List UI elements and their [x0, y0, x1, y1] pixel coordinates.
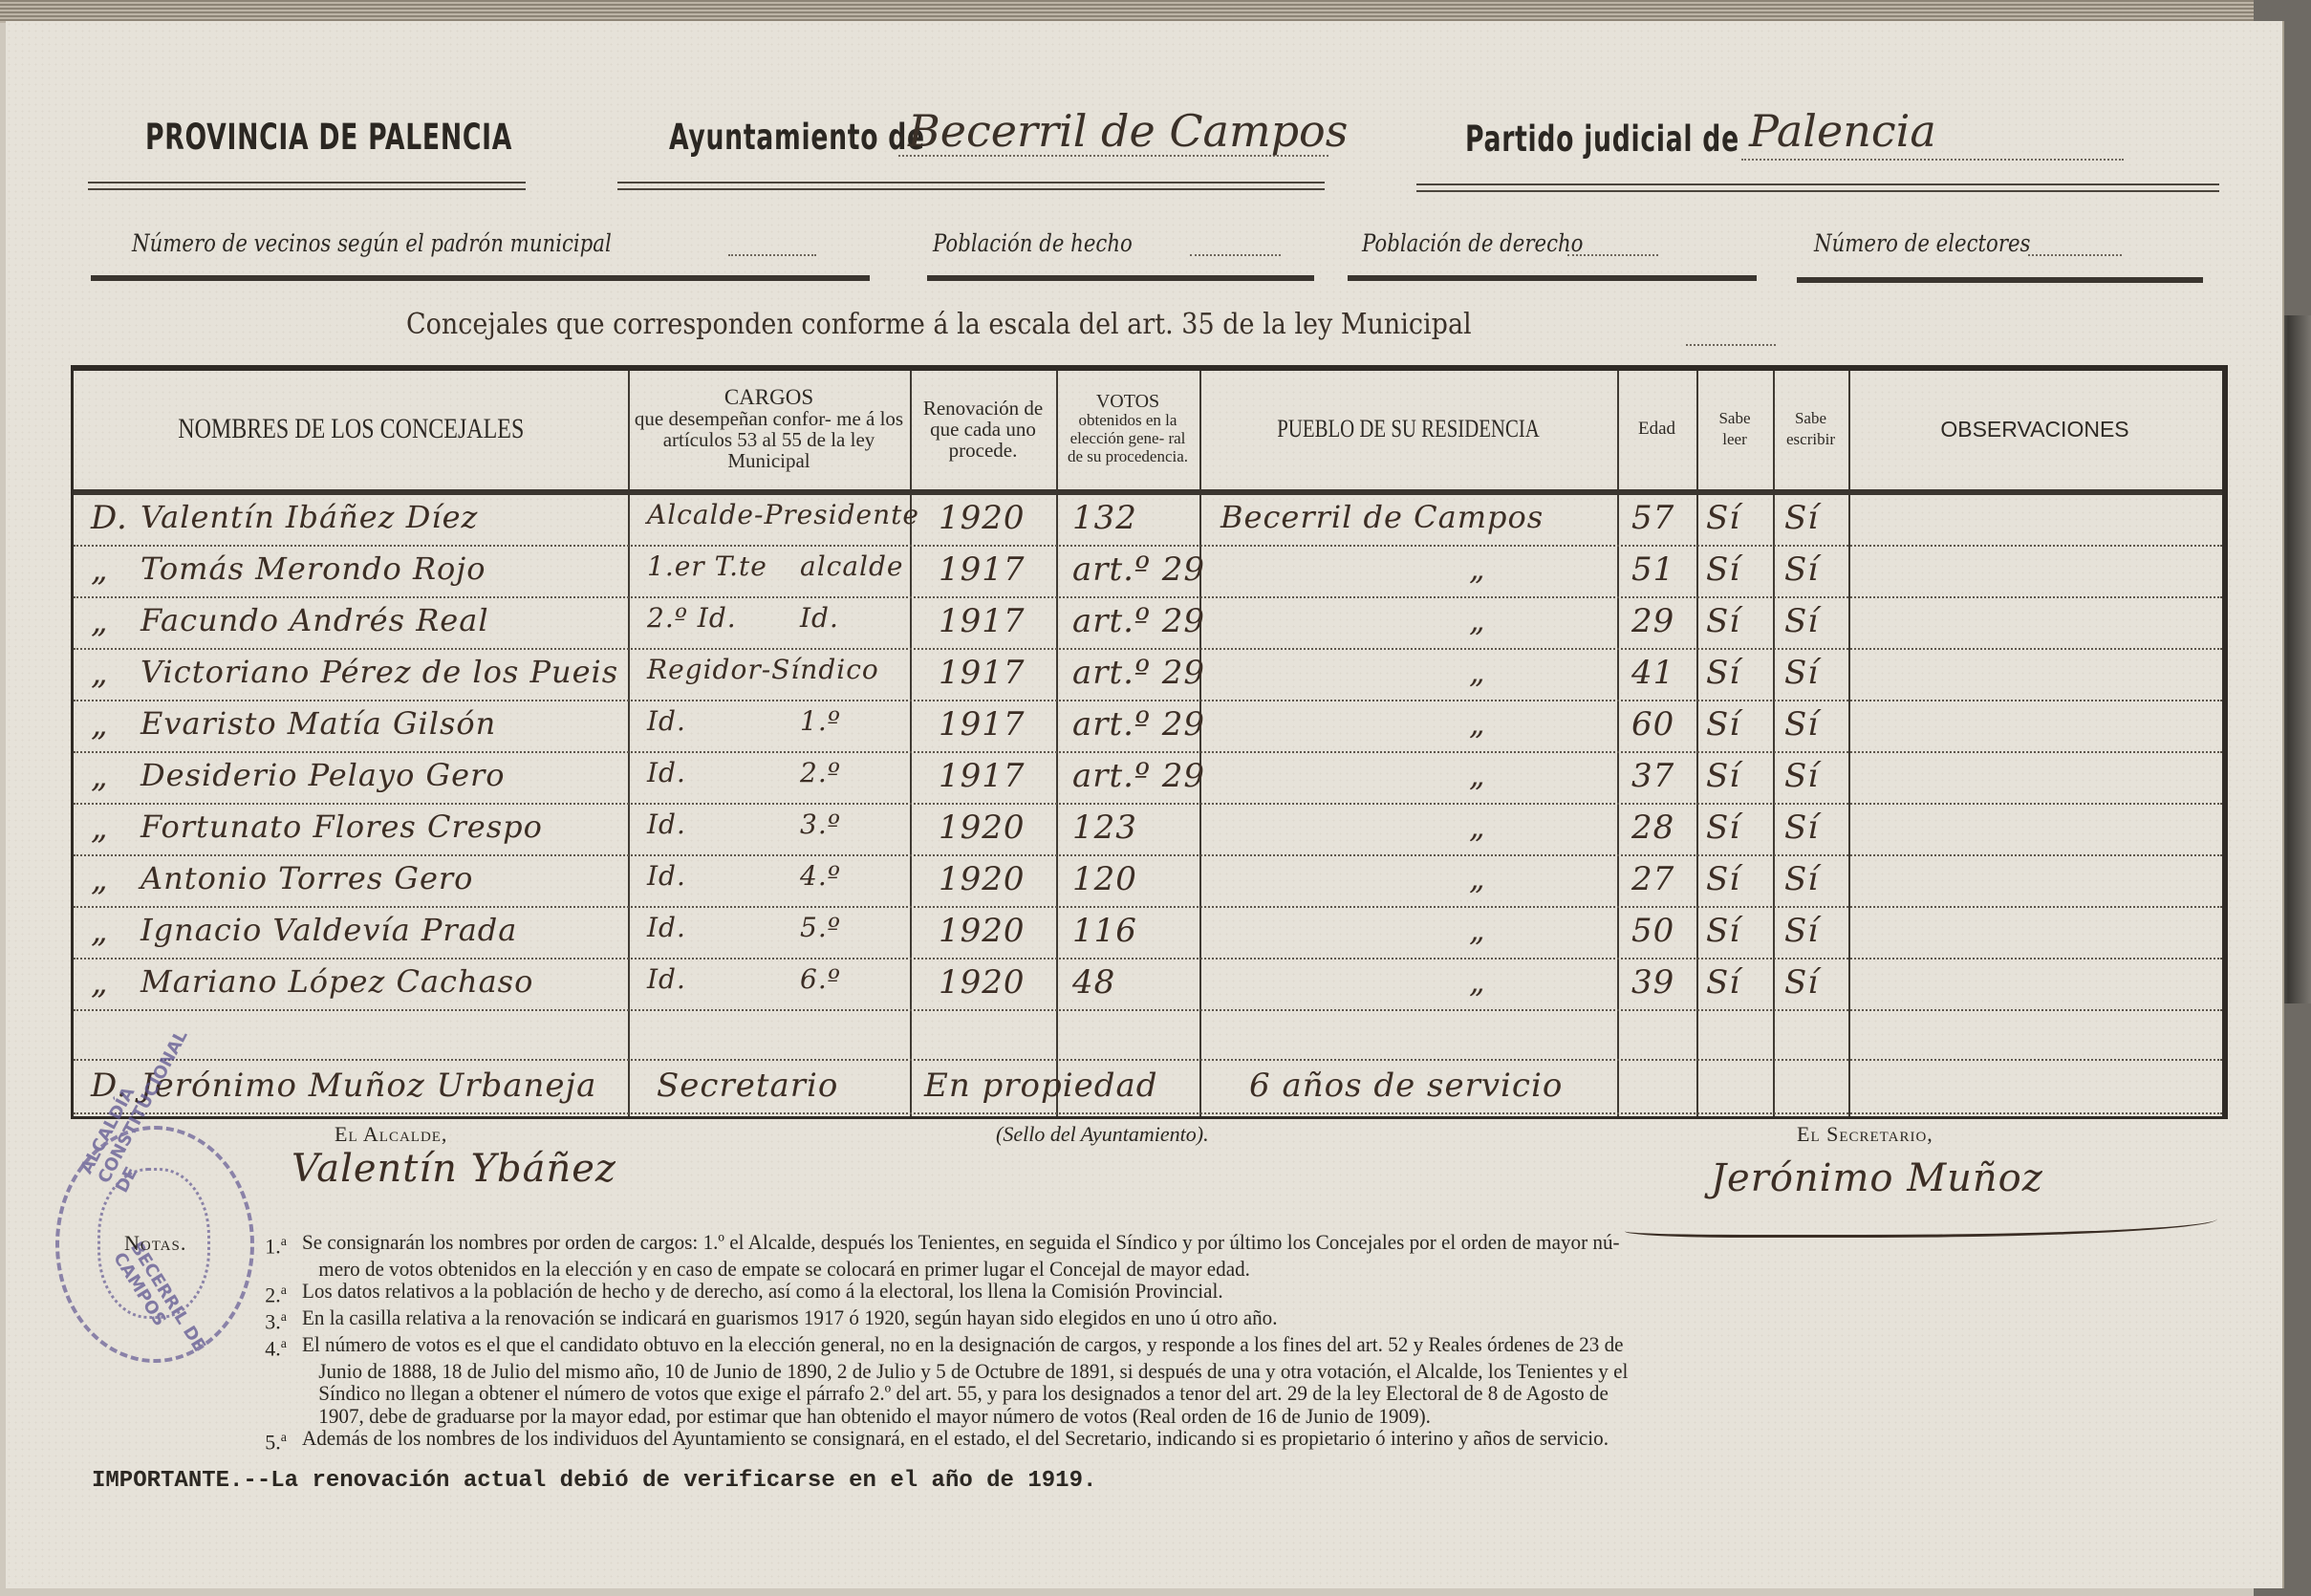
- field-hecho-label: Población de hecho: [933, 229, 1133, 257]
- field-vecinos-input[interactable]: [728, 254, 816, 256]
- votos: 132: [1072, 499, 1137, 537]
- sabe-leer: Sí: [1706, 654, 1740, 692]
- cargo: Regidor-Síndico: [647, 654, 879, 685]
- concejal-name: Valentín Ibáñez Díez: [140, 499, 478, 535]
- field-hecho-input[interactable]: [1190, 254, 1281, 256]
- pueblo: „: [1469, 809, 1486, 845]
- cargo-detail: 2.º: [800, 757, 841, 788]
- renovacion: 1917: [939, 757, 1026, 795]
- votos: 48: [1072, 963, 1115, 1002]
- row-prefix: „: [91, 912, 109, 950]
- header-rule: [1416, 183, 2219, 192]
- header-rule: [617, 182, 1325, 190]
- sello-label: (Sello del Ayuntamiento).: [996, 1122, 1209, 1147]
- renovacion: 1920: [939, 860, 1026, 898]
- sabe-escribir: Sí: [1784, 705, 1819, 744]
- cargo: Alcalde-Presidente: [647, 499, 919, 530]
- field-electores-input[interactable]: [2028, 254, 2122, 256]
- edad: 27: [1631, 860, 1674, 898]
- table-row: „Tomás Merondo Rojo1.er T.tealcalde1917a…: [74, 545, 2222, 598]
- edad: 60: [1631, 705, 1674, 744]
- cargo-detail: 4.º: [800, 860, 841, 892]
- renovacion: 1920: [939, 963, 1026, 1002]
- sabe-leer: Sí: [1706, 963, 1740, 1002]
- field-derecho-input[interactable]: [1567, 254, 1658, 256]
- concejal-name: Ignacio Valdevía Prada: [140, 912, 517, 948]
- row-prefix: „: [91, 963, 109, 1002]
- pueblo: „: [1469, 757, 1486, 793]
- cargo: Id.: [647, 963, 686, 995]
- subtitle-dots: [1686, 344, 1776, 346]
- pueblo: „: [1469, 860, 1486, 896]
- renovacion: 1917: [939, 654, 1026, 692]
- votos: art.º 29: [1072, 654, 1205, 692]
- sabe-leer: Sí: [1706, 912, 1740, 950]
- partido-value: Palencia: [1749, 105, 1936, 157]
- edad: 39: [1631, 963, 1674, 1002]
- concejal-name: Fortunato Flores Crespo: [140, 809, 543, 845]
- sabe-leer: Sí: [1706, 705, 1740, 744]
- pueblo: „: [1469, 602, 1486, 638]
- col-header-observaciones: OBSERVACIONES: [1848, 371, 2221, 487]
- edad: 41: [1631, 654, 1674, 692]
- concejal-name: Mariano López Cachaso: [140, 963, 533, 1000]
- note-line: 4.aEl número de votos es el que el candi…: [115, 1333, 2217, 1360]
- province-title: PROVINCIA DE PALENCIA: [145, 117, 512, 158]
- col-header-nombres: NOMBRES DE LOS CONCEJALES: [74, 371, 628, 487]
- renovacion: 1917: [939, 602, 1026, 640]
- table-row: D.Valentín Ibáñez DíezAlcalde-Presidente…: [74, 493, 2222, 547]
- pueblo: „: [1469, 705, 1486, 742]
- row-prefix: „: [91, 602, 109, 640]
- table-row: „Facundo Andrés Real2.º Id.Id.1917art.º …: [74, 596, 2222, 650]
- note-line: 1907, debe de graduarse por la mayor eda…: [115, 1405, 2217, 1428]
- secretary-cargo: Secretario: [657, 1067, 838, 1105]
- secretario-signature: Jerónimo Muñoz: [1711, 1156, 2043, 1200]
- col-header-sabe-escribir: Sabe escribir: [1773, 371, 1848, 487]
- row-prefix: „: [91, 654, 109, 692]
- sabe-leer: Sí: [1706, 757, 1740, 795]
- note-line: 3.aEn la casilla relativa a la renovació…: [115, 1306, 2217, 1333]
- important-notice: IMPORTANTE.--La renovación actual debió …: [92, 1468, 1096, 1494]
- table-row: „Mariano López CachasoId.6.º192048„39SíS…: [74, 958, 2222, 1011]
- sabe-escribir: Sí: [1784, 912, 1819, 950]
- pueblo: „: [1469, 550, 1486, 587]
- cargo: 2.º Id.: [647, 602, 737, 634]
- votos: art.º 29: [1072, 550, 1205, 589]
- renovacion: 1920: [939, 912, 1026, 950]
- cargo-detail: 6.º: [800, 963, 841, 995]
- note-line: Junio de 1888, 18 de Julio del mismo año…: [115, 1360, 2217, 1383]
- sabe-leer: Sí: [1706, 860, 1740, 898]
- sabe-escribir: Sí: [1784, 757, 1819, 795]
- pueblo: Becerril de Campos: [1220, 499, 1544, 535]
- note-line: mero de votos obtenidos en la elección y…: [115, 1258, 2217, 1281]
- cargo-detail: 5.º: [800, 912, 841, 943]
- note-line: 2.aLos datos relativos a la población de…: [115, 1280, 2217, 1306]
- sabe-leer: Sí: [1706, 550, 1740, 589]
- col-header-cargos: CARGOSque desempeñan confor- me á los ar…: [628, 371, 910, 487]
- notes-list: 1.aSe consignarán los nombres por orden …: [115, 1231, 2217, 1454]
- edad: 50: [1631, 912, 1674, 950]
- ayuntamiento-label: Ayuntamiento de: [669, 117, 925, 158]
- sabe-leer: Sí: [1706, 499, 1740, 537]
- secretary-servicio: 6 años de servicio: [1249, 1067, 1563, 1105]
- col-header-edad: Edad: [1617, 371, 1696, 487]
- row-prefix: „: [91, 550, 109, 589]
- cargo: Id.: [647, 860, 686, 892]
- sabe-leer: Sí: [1706, 602, 1740, 640]
- sabe-escribir: Sí: [1784, 809, 1819, 847]
- partido-dots: [1741, 159, 2124, 161]
- concejales-table: NOMBRES DE LOS CONCEJALES CARGOSque dese…: [71, 365, 2228, 1119]
- sabe-escribir: Sí: [1784, 550, 1819, 589]
- edad: 51: [1631, 550, 1674, 589]
- header-rule: [88, 182, 526, 190]
- sabe-escribir: Sí: [1784, 654, 1819, 692]
- row-prefix: „: [91, 860, 109, 898]
- cargo-detail: Id.: [800, 602, 839, 634]
- sabe-escribir: Sí: [1784, 602, 1819, 640]
- field-electores-label: Número de electores: [1814, 229, 2030, 257]
- votos: 120: [1072, 860, 1137, 898]
- cargo-detail: 3.º: [800, 809, 841, 840]
- note-line: 1.aSe consignarán los nombres por orden …: [115, 1231, 2217, 1258]
- cargo: Id.: [647, 705, 686, 737]
- row-prefix: „: [91, 705, 109, 744]
- edad: 28: [1631, 809, 1674, 847]
- field-rule: [1797, 277, 2203, 283]
- sabe-leer: Sí: [1706, 809, 1740, 847]
- table-row: „Desiderio Pelayo GeroId.2.º1917art.º 29…: [74, 751, 2222, 805]
- concejal-name: Desiderio Pelayo Gero: [140, 757, 506, 793]
- row-prefix: „: [91, 757, 109, 795]
- sabe-escribir: Sí: [1784, 963, 1819, 1002]
- partido-label: Partido judicial de: [1465, 119, 1739, 160]
- sabe-escribir: Sí: [1784, 860, 1819, 898]
- cargo-detail: 1.º: [800, 705, 841, 737]
- row-prefix: „: [91, 809, 109, 847]
- field-rule: [1348, 275, 1757, 281]
- col-header-votos: VOTOSobtenidos en la elección gene- ral …: [1056, 371, 1199, 487]
- secretary-renovacion: En propiedad: [924, 1067, 1158, 1105]
- concejal-name: Antonio Torres Gero: [140, 860, 473, 896]
- votos: 123: [1072, 809, 1137, 847]
- renovacion: 1917: [939, 705, 1026, 744]
- alcalde-signature: Valentín Ybáñez: [292, 1147, 616, 1191]
- renovacion: 1917: [939, 550, 1026, 589]
- votos: art.º 29: [1072, 602, 1205, 640]
- table-row: „Ignacio Valdevía PradaId.5.º1920116„50S…: [74, 906, 2222, 960]
- col-header-pueblo: PUEBLO DE SU RESIDENCIA: [1199, 371, 1617, 487]
- votos: art.º 29: [1072, 705, 1205, 744]
- votos: 116: [1072, 912, 1137, 950]
- alcalde-label: El Alcalde,: [335, 1122, 447, 1147]
- note-line: 5.aAdemás de los nombres de los individu…: [115, 1427, 2217, 1454]
- field-rule: [927, 275, 1314, 281]
- cargo-detail: alcalde: [800, 550, 903, 582]
- renovacion: 1920: [939, 809, 1026, 847]
- concejal-name: Tomás Merondo Rojo: [140, 550, 486, 587]
- pueblo: „: [1469, 654, 1486, 690]
- subtitle: Concejales que corresponden conforme á l…: [406, 308, 1472, 341]
- book-page-edges: [0, 0, 2256, 23]
- cargo: Id.: [647, 809, 686, 840]
- cargo: 1.er T.te: [647, 550, 767, 582]
- secretary-row: D. Jerónimo Muñoz Urbaneja Secretario En…: [74, 1059, 2222, 1114]
- cargo: Id.: [647, 912, 686, 943]
- table-row: „Victoriano Pérez de los PueisRegidor-Sí…: [74, 648, 2222, 701]
- votos: art.º 29: [1072, 757, 1205, 795]
- concejal-name: Victoriano Pérez de los Pueis: [140, 654, 618, 690]
- row-prefix: D.: [91, 499, 128, 537]
- secretario-label: El Secretario,: [1797, 1122, 1933, 1147]
- cargo: Id.: [647, 757, 686, 788]
- note-line: Síndico no llegan a obtener el número de…: [115, 1382, 2217, 1405]
- col-header-sabe-leer: Sabe leer: [1696, 371, 1773, 487]
- renovacion: 1920: [939, 499, 1026, 537]
- field-rule: [91, 275, 870, 281]
- field-derecho-label: Población de derecho: [1362, 229, 1583, 257]
- secretary-name: Jerónimo Muñoz Urbaneja: [140, 1067, 596, 1105]
- pueblo: „: [1469, 912, 1486, 948]
- table-row: „Antonio Torres GeroId.4.º1920120„27SíSí: [74, 854, 2222, 908]
- col-header-renovacion: Renovación de que cada uno procede.: [910, 371, 1056, 487]
- concejal-name: Evaristo Matía Gilsón: [140, 705, 496, 742]
- edad: 37: [1631, 757, 1674, 795]
- table-row: „Evaristo Matía GilsónId.1.º1917art.º 29…: [74, 700, 2222, 753]
- ayuntamiento-value: Becerril de Campos: [908, 105, 1348, 157]
- edad: 57: [1631, 499, 1674, 537]
- field-vecinos-label: Número de vecinos según el padrón munici…: [132, 229, 612, 257]
- table-row: „Fortunato Flores CrespoId.3.º1920123„28…: [74, 803, 2222, 856]
- pueblo: „: [1469, 963, 1486, 1000]
- concejal-name: Facundo Andrés Real: [140, 602, 489, 638]
- sabe-escribir: Sí: [1784, 499, 1819, 537]
- edad: 29: [1631, 602, 1674, 640]
